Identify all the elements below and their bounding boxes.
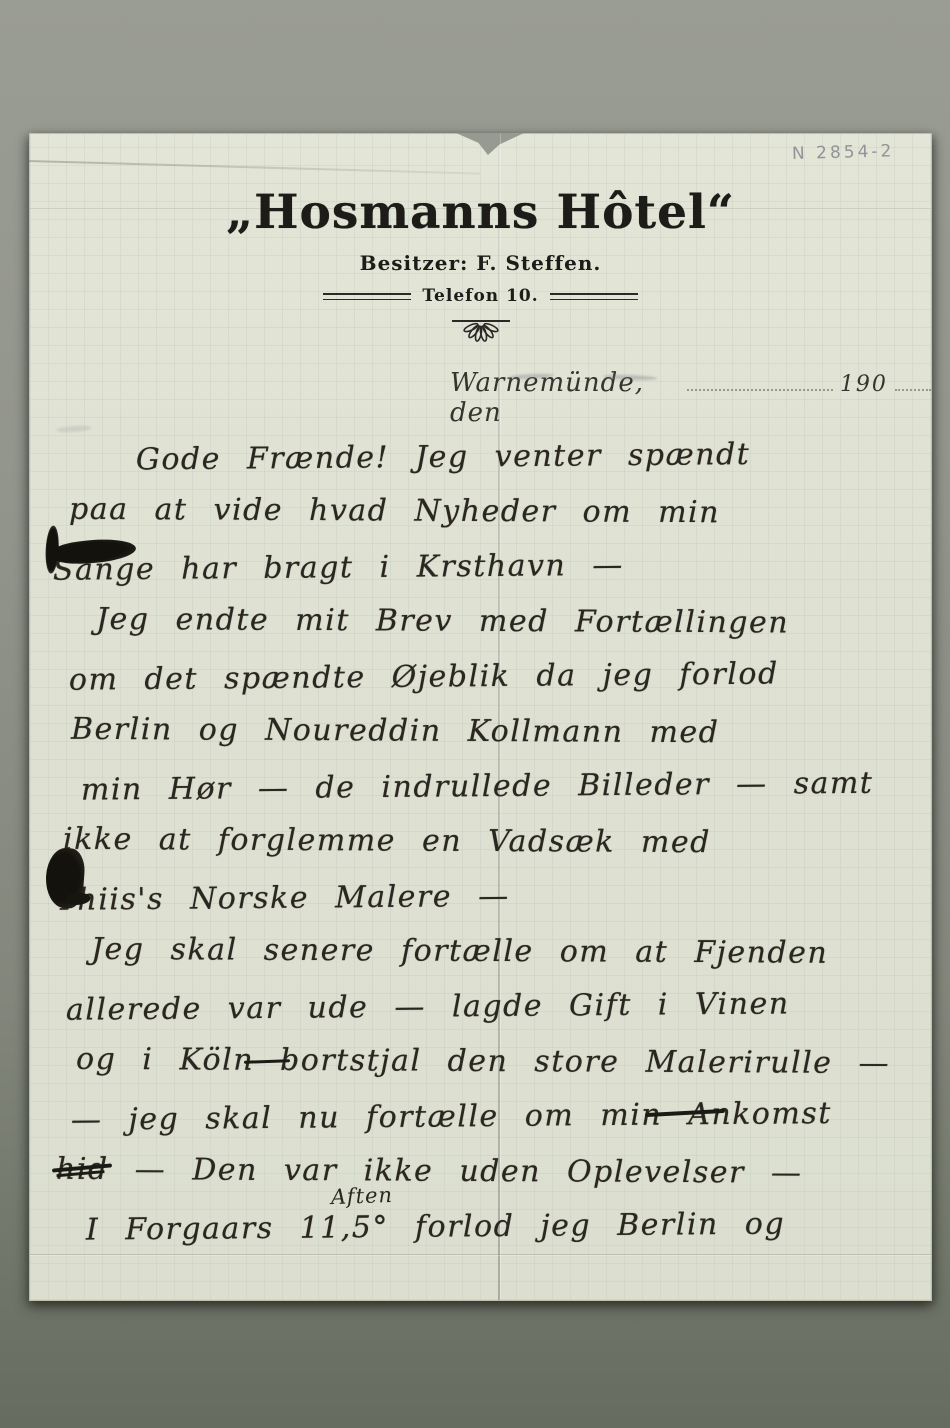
letter-body: Gode Frænde! Jeg venter spændt paa at vi… xyxy=(30,439,917,1264)
year-fill-line xyxy=(895,371,931,391)
letterhead: „Hosmanns Hôtel“ Besitzer: F. Steffen. T… xyxy=(30,189,931,349)
handwritten-line: Gode Frænde! Jeg venter spændt xyxy=(136,436,917,498)
handwritten-line: ikke at forglemme en Vadsæk med xyxy=(63,822,917,881)
page-background: { "colors": { "backdrop_top": "#9a9d94",… xyxy=(0,0,950,1428)
tear-notch xyxy=(456,133,524,155)
pencil-smudge xyxy=(56,425,92,433)
telefon-label: Telefon 10. xyxy=(422,286,538,306)
handwritten-line: Berlin og Noureddin Kollmann med xyxy=(71,712,917,771)
hotel-name: „Hosmanns Hôtel“ xyxy=(30,189,931,236)
double-rule-left xyxy=(323,293,411,300)
handwritten-line: Jeg endte mit Brev med Fortællingen xyxy=(96,602,917,661)
year-prefix: 190 xyxy=(840,372,888,397)
double-rule-right xyxy=(550,293,638,300)
handwritten-line: — jeg skal nu fortælle om min Ankomst xyxy=(71,1095,917,1157)
date-fill-line xyxy=(687,371,833,391)
handwritten-line: I Forgaars 11,5° forlod jeg Berlin og xyxy=(86,1205,917,1267)
proprietor-line: Besitzer: F. Steffen. xyxy=(30,251,931,275)
handwritten-line: paa at vide hvad Nyheder om min xyxy=(69,492,917,551)
handwritten-line: om det spændte Øjeblik da jeg forlod xyxy=(69,655,917,717)
fold-crease-top xyxy=(28,160,480,175)
palmette-fan-icon xyxy=(444,315,518,345)
handwritten-line: Sange har bragt i Krsthavn — xyxy=(53,545,917,608)
handwritten-line: og i Köln bortstjal den store Malerirull… xyxy=(76,1042,917,1101)
handwritten-line: allerede var ude — lagde Gift i Vinen xyxy=(66,985,917,1047)
catalog-number: N 2854-2 xyxy=(792,140,942,164)
letter-paper: N 2854-2 „Hosmanns Hôtel“ Besitzer: F. S… xyxy=(29,133,932,1301)
telefon-row: Telefon 10. xyxy=(30,286,931,306)
inserted-word: Aften xyxy=(331,1183,394,1209)
handwritten-line: hid — Den var ikke uden Oplevelser — xyxy=(56,1152,917,1212)
handwritten-line: Jeg skal senere fortælle om at Fjenden xyxy=(91,932,917,991)
handwritten-line: min Hør — de indrullede Billeder — samt xyxy=(81,765,917,827)
handwritten-line: Thiis's Norske Malere — xyxy=(56,875,917,938)
scan-backdrop: N 2854-2 „Hosmanns Hôtel“ Besitzer: F. S… xyxy=(0,0,950,1428)
